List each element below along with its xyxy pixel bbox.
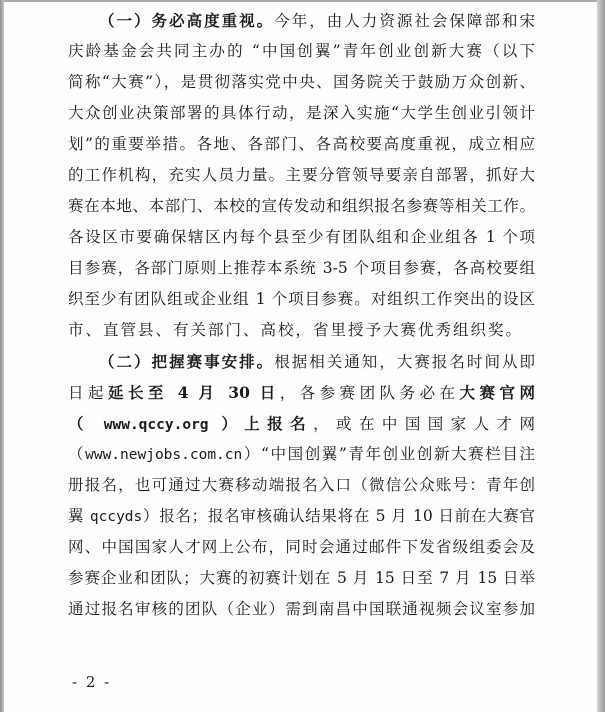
- text-run: ，各参赛团队务必在: [280, 384, 460, 402]
- text-line: 各设区市要确保辖区内每个县至少有团队组和企业组各 1 个项: [68, 222, 535, 253]
- text-run: 庆龄基金会共同主办的 “中国创翼”青年创业创新大赛（以下: [68, 42, 535, 60]
- emphasized-text-run: ）上报名: [209, 414, 314, 433]
- text-run: www.newjobs.com.cn: [85, 447, 242, 463]
- text-line: （一）务必高度重视。今年，由人力资源社会保障部和宋: [68, 5, 535, 36]
- text-line: 的工作机构，充实人员力量。主要分管领导要亲自部署，抓好大: [68, 160, 535, 191]
- text-run: ，或在中国国家人才网: [313, 415, 535, 433]
- text-line: 目参赛，各部门原则上推荐本系统 3-5 个项目参赛，各高校要组: [68, 253, 535, 284]
- text-run: 通过报名审核的团队（企业）需到南昌中国联通视频会议室参加: [68, 600, 535, 618]
- text-run: 日起: [68, 384, 108, 402]
- text-line: （二）把握赛事安排。根据相关通知，大赛报名时间从即: [68, 346, 535, 377]
- text-line: 简称“大赛”），是贯彻落实党中央、国务院关于鼓励万众创新、: [68, 67, 535, 98]
- text-run: 市、直管县、有关部门、高校，省里授予大赛优秀组织奖。: [68, 321, 523, 339]
- text-line: 参赛企业和团队；大赛的初赛计划在 5 月 15 日至 7 月 15 日举行，: [68, 563, 535, 594]
- text-run: 目参赛，各部门原则上推荐本系统 3-5 个项目参赛，各高校要组: [68, 259, 535, 277]
- emphasized-text-run: （: [68, 414, 104, 433]
- document-page: （一）务必高度重视。今年，由人力资源社会保障部和宋庆龄基金会共同主办的 “中国创…: [0, 0, 605, 712]
- scan-edge-top: [0, 0, 605, 2]
- emphasized-text-run: 大赛官网: [460, 383, 535, 402]
- text-run: 的工作机构，充实人员力量。主要分管领导要亲自部署，抓好大: [68, 166, 535, 184]
- scan-edge-right: [597, 0, 605, 712]
- text-line: 市、直管县、有关部门、高校，省里授予大赛优秀组织奖。: [68, 315, 535, 346]
- text-line: 庆龄基金会共同主办的 “中国创翼”青年创业创新大赛（以下: [68, 36, 535, 67]
- text-line: 通过报名审核的团队（企业）需到南昌中国联通视频会议室参加: [68, 594, 535, 625]
- emphasized-text-run: （一）务必高度重视。: [99, 11, 274, 30]
- text-run: qccyds: [90, 509, 142, 525]
- emphasized-text-run: www.qccy.org: [104, 417, 209, 433]
- scan-edge-left: [0, 0, 4, 712]
- text-line: 划”的重要举措。各地、各部门、各高校要高度重视，成立相应: [68, 129, 535, 160]
- text-line: 册报名，也可通过大赛移动端报名入口（微信公众账号：青年创: [68, 470, 535, 501]
- text-run: 根据相关通知，大赛报名时间从即: [274, 353, 535, 371]
- text-line: （ www.qccy.org ）上报名，或在中国国家人才网: [68, 408, 535, 439]
- text-run: 网、中国国家人才网上公布，同时会通过邮件下发省级组委会及: [68, 538, 535, 556]
- text-run: 册报名，也可通过大赛移动端报名入口（微信公众账号：青年创: [68, 476, 535, 494]
- text-line: 大众创业决策部署的具体行动，是深入实施“大学生创业引领计: [68, 98, 535, 129]
- text-run: 简称“大赛”），是贯彻落实党中央、国务院关于鼓励万众创新、: [68, 73, 535, 91]
- text-line: 日起延长至 4 月 30 日，各参赛团队务必在大赛官网: [68, 377, 535, 408]
- text-line: 织至少有团队组或企业组 1 个项目参赛。对组织工作突出的设区: [68, 284, 535, 315]
- emphasized-text-run: 延长至 4 月 30 日: [108, 383, 280, 402]
- text-run: 各设区市要确保辖区内每个县至少有团队组和企业组各 1 个项: [68, 228, 535, 246]
- text-run: 参赛企业和团队；大赛的初赛计划在 5 月 15 日至 7 月 15 日举行，: [68, 569, 535, 594]
- text-run: 织至少有团队组或企业组 1 个项目参赛。对组织工作突出的设区: [68, 290, 535, 308]
- text-line: （www.newjobs.com.cn）“中国创翼”青年创业创新大赛栏目注: [68, 439, 535, 470]
- page-number: - 2 -: [72, 671, 111, 693]
- emphasized-text-run: （二）把握赛事安排。: [99, 352, 274, 371]
- text-run: （: [68, 445, 85, 463]
- text-run: 今年，由人力资源社会保障部和宋: [274, 12, 535, 30]
- text-line: 翼 qccyds）报名；报名审核确认结果将在 5 月 10 日前在大赛官: [68, 501, 535, 532]
- text-run: 大众创业决策部署的具体行动，是深入实施“大学生创业引领计: [68, 104, 535, 122]
- text-line: 网、中国国家人才网上公布，同时会通过邮件下发省级组委会及: [68, 532, 535, 563]
- text-run: ）“中国创翼”青年创业创新大赛栏目注: [242, 445, 535, 463]
- document-body: （一）务必高度重视。今年，由人力资源社会保障部和宋庆龄基金会共同主办的 “中国创…: [68, 5, 535, 625]
- text-run: 赛在本地、本部门、本校的宣传发动和组织报名参赛等相关工作。: [68, 197, 535, 215]
- text-line: 赛在本地、本部门、本校的宣传发动和组织报名参赛等相关工作。: [68, 191, 535, 222]
- text-run: 划”的重要举措。各地、各部门、各高校要高度重视，成立相应: [68, 135, 535, 153]
- text-run: ）报名；报名审核确认结果将在 5 月 10 日前在大赛官: [142, 507, 535, 525]
- text-run: 翼: [68, 507, 90, 525]
